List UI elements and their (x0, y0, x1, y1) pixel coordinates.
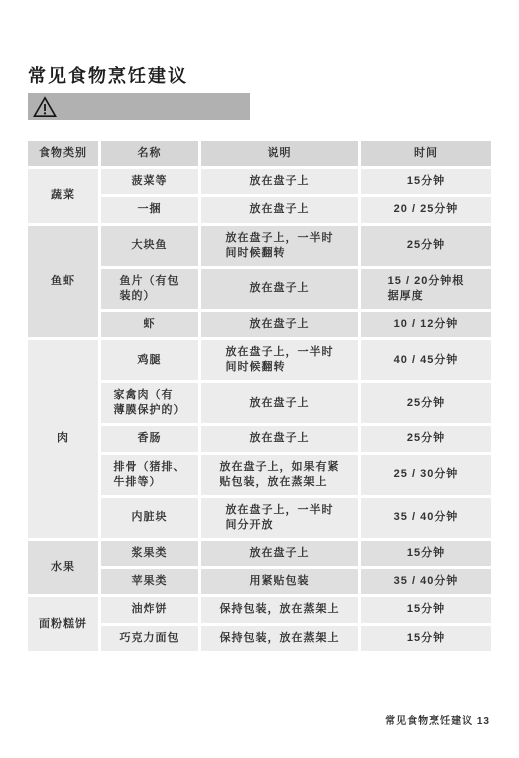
time-cell: 40 / 45分钟 (361, 340, 491, 380)
time-cell: 15分钟 (361, 169, 491, 194)
time-cell: 15 / 20分钟根 据厚度 (361, 269, 491, 309)
desc-cell: 用紧贴包装 (201, 569, 358, 594)
table-row: 水果浆果类放在盘子上15分钟 (28, 541, 491, 566)
name-cell: 家禽肉（有 薄膜保护的） (101, 383, 198, 423)
desc-cell: 放在盘子上 (201, 169, 358, 194)
warning-triangle-icon (33, 96, 57, 118)
desc-cell: 放在盘子上，一半时 间分开放 (201, 498, 358, 538)
table-row: 面粉糕饼油炸饼保持包装，放在蒸架上15分钟 (28, 597, 491, 622)
time-cell: 25分钟 (361, 426, 491, 451)
category-cell: 鱼虾 (28, 226, 98, 337)
table-row: 鱼虾大块鱼放在盘子上，一半时 间时候翻转25分钟 (28, 226, 491, 266)
desc-cell: 放在盘子上 (201, 312, 358, 337)
name-cell: 油炸饼 (101, 597, 198, 622)
time-cell: 25分钟 (361, 226, 491, 266)
category-cell: 蔬菜 (28, 169, 98, 223)
name-cell: 菠菜等 (101, 169, 198, 194)
name-cell: 香肠 (101, 426, 198, 451)
desc-cell: 保持包装，放在蒸架上 (201, 626, 358, 651)
food-table-body: 蔬菜菠菜等放在盘子上15分钟一捆放在盘子上20 / 25分钟鱼虾大块鱼放在盘子上… (28, 169, 491, 651)
time-cell: 25 / 30分钟 (361, 455, 491, 495)
time-cell: 35 / 40分钟 (361, 498, 491, 538)
time-cell: 15分钟 (361, 626, 491, 651)
desc-cell: 放在盘子上，一半时 间时候翻转 (201, 340, 358, 380)
name-cell: 虾 (101, 312, 198, 337)
column-header-time: 时间 (361, 141, 491, 166)
page-title: 常见食物烹饪建议 (28, 62, 188, 88)
name-cell: 苹果类 (101, 569, 198, 594)
desc-cell: 放在盘子上 (201, 426, 358, 451)
name-cell: 鱼片（有包 装的） (101, 269, 198, 309)
time-cell: 15分钟 (361, 541, 491, 566)
category-cell: 面粉糕饼 (28, 597, 98, 651)
name-cell: 大块鱼 (101, 226, 198, 266)
table-header-row: 食物类别 名称 说明 时间 (28, 141, 491, 166)
desc-cell: 保持包装，放在蒸架上 (201, 597, 358, 622)
name-cell: 排骨（猪排、 牛排等） (101, 455, 198, 495)
desc-cell: 放在盘子上 (201, 269, 358, 309)
warning-bar (28, 93, 250, 120)
column-header-description: 说明 (201, 141, 358, 166)
column-header-category: 食物类别 (28, 141, 98, 166)
name-cell: 一捆 (101, 197, 198, 222)
cooking-recommendations-table: 食物类别 名称 说明 时间 蔬菜菠菜等放在盘子上15分钟一捆放在盘子上20 / … (25, 138, 494, 654)
time-cell: 25分钟 (361, 383, 491, 423)
name-cell: 内脏块 (101, 498, 198, 538)
column-header-name: 名称 (101, 141, 198, 166)
desc-cell: 放在盘子上 (201, 197, 358, 222)
time-cell: 10 / 12分钟 (361, 312, 491, 337)
desc-cell: 放在盘子上，一半时 间时候翻转 (201, 226, 358, 266)
desc-cell: 放在盘子上，如果有紧 贴包装，放在蒸架上 (201, 455, 358, 495)
time-cell: 35 / 40分钟 (361, 569, 491, 594)
desc-cell: 放在盘子上 (201, 541, 358, 566)
category-cell: 肉 (28, 340, 98, 537)
time-cell: 20 / 25分钟 (361, 197, 491, 222)
desc-cell: 放在盘子上 (201, 383, 358, 423)
page-footer: 常见食物烹饪建议 13 (385, 712, 490, 727)
table-row: 蔬菜菠菜等放在盘子上15分钟 (28, 169, 491, 194)
table-row: 肉鸡腿放在盘子上，一半时 间时候翻转40 / 45分钟 (28, 340, 491, 380)
name-cell: 巧克力面包 (101, 626, 198, 651)
manual-page: 常见食物烹饪建议 食物类别 名称 说明 时间 蔬菜菠菜等放在盘子上15分钟一捆放… (0, 0, 519, 758)
time-cell: 15分钟 (361, 597, 491, 622)
name-cell: 鸡腿 (101, 340, 198, 380)
name-cell: 浆果类 (101, 541, 198, 566)
category-cell: 水果 (28, 541, 98, 595)
